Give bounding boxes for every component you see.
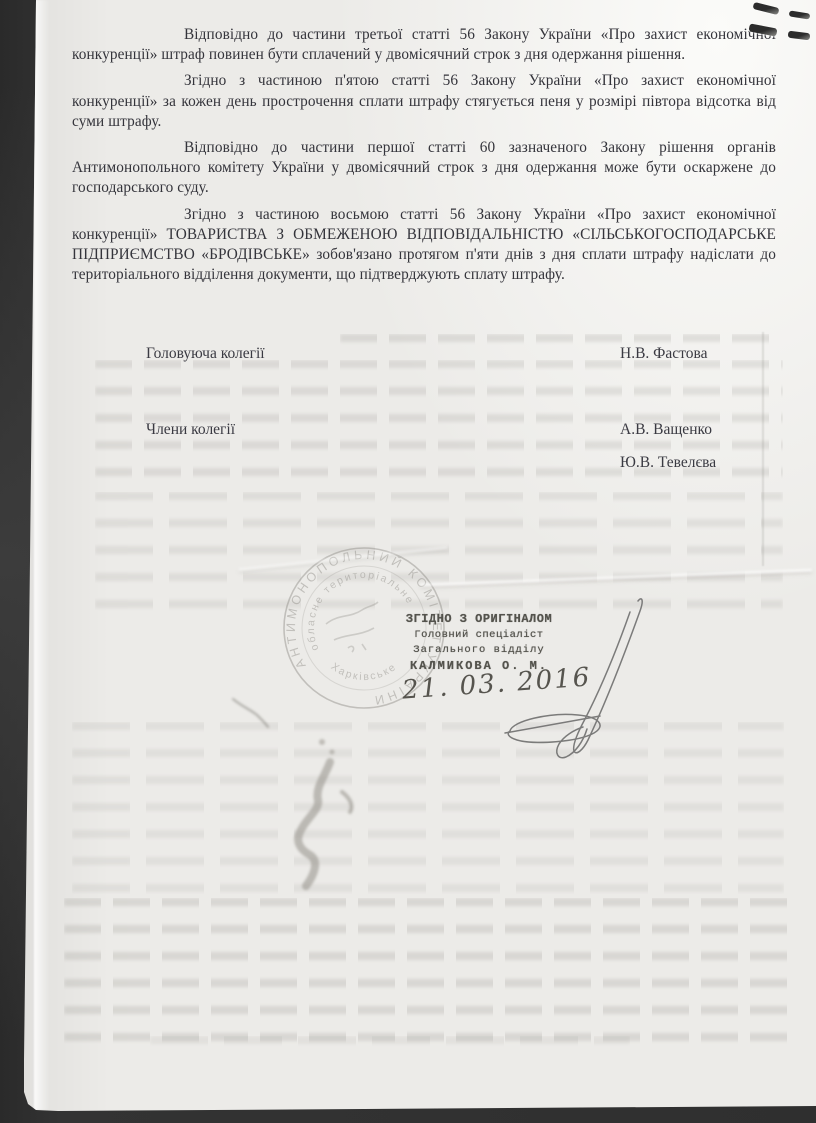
signatory-role: Члени колегії [146,421,235,439]
scanned-page-background: Відповідно до частини третьої статті 56 … [0,0,816,1123]
paper-edge-highlight [34,0,50,1110]
bleed-through-artifact [64,898,796,1044]
crease-line [762,332,764,566]
stamp-inner-bottom-text: Харківське [329,661,400,684]
signatory-name: Ю.В. Тевелєва [620,454,716,472]
stamp-center-scribble [326,602,378,652]
binder-mark [789,10,811,19]
paragraph: Згідно з частиною п'ятою статті 56 Закон… [72,71,776,132]
ink-smudge-artifact [225,690,395,900]
signatory-name: А.В. Ващенко [620,421,712,439]
paragraph: Відповідно до частини першої статті 60 з… [72,138,776,199]
paragraph: Згідно з частиною восьмою статті 56 Зако… [72,205,776,286]
document-body: Відповідно до частини третьої статті 56 … [72,25,776,291]
signatory-role: Головуюча колегії [146,345,265,363]
document-page: Відповідно до частини третьої статті 56 … [0,0,816,1123]
bleed-through-artifact [340,334,776,352]
binder-mark [788,31,811,41]
svg-text:Харківське: Харківське [329,661,400,684]
handwritten-signature [490,588,662,770]
bleed-through-artifact [150,1036,630,1056]
binder-mark [753,2,780,15]
signatory-name: Н.В. Фастова [620,345,707,363]
bleed-through-artifact [72,722,784,894]
paragraph: Відповідно до частини третьої статті 56 … [72,25,776,65]
